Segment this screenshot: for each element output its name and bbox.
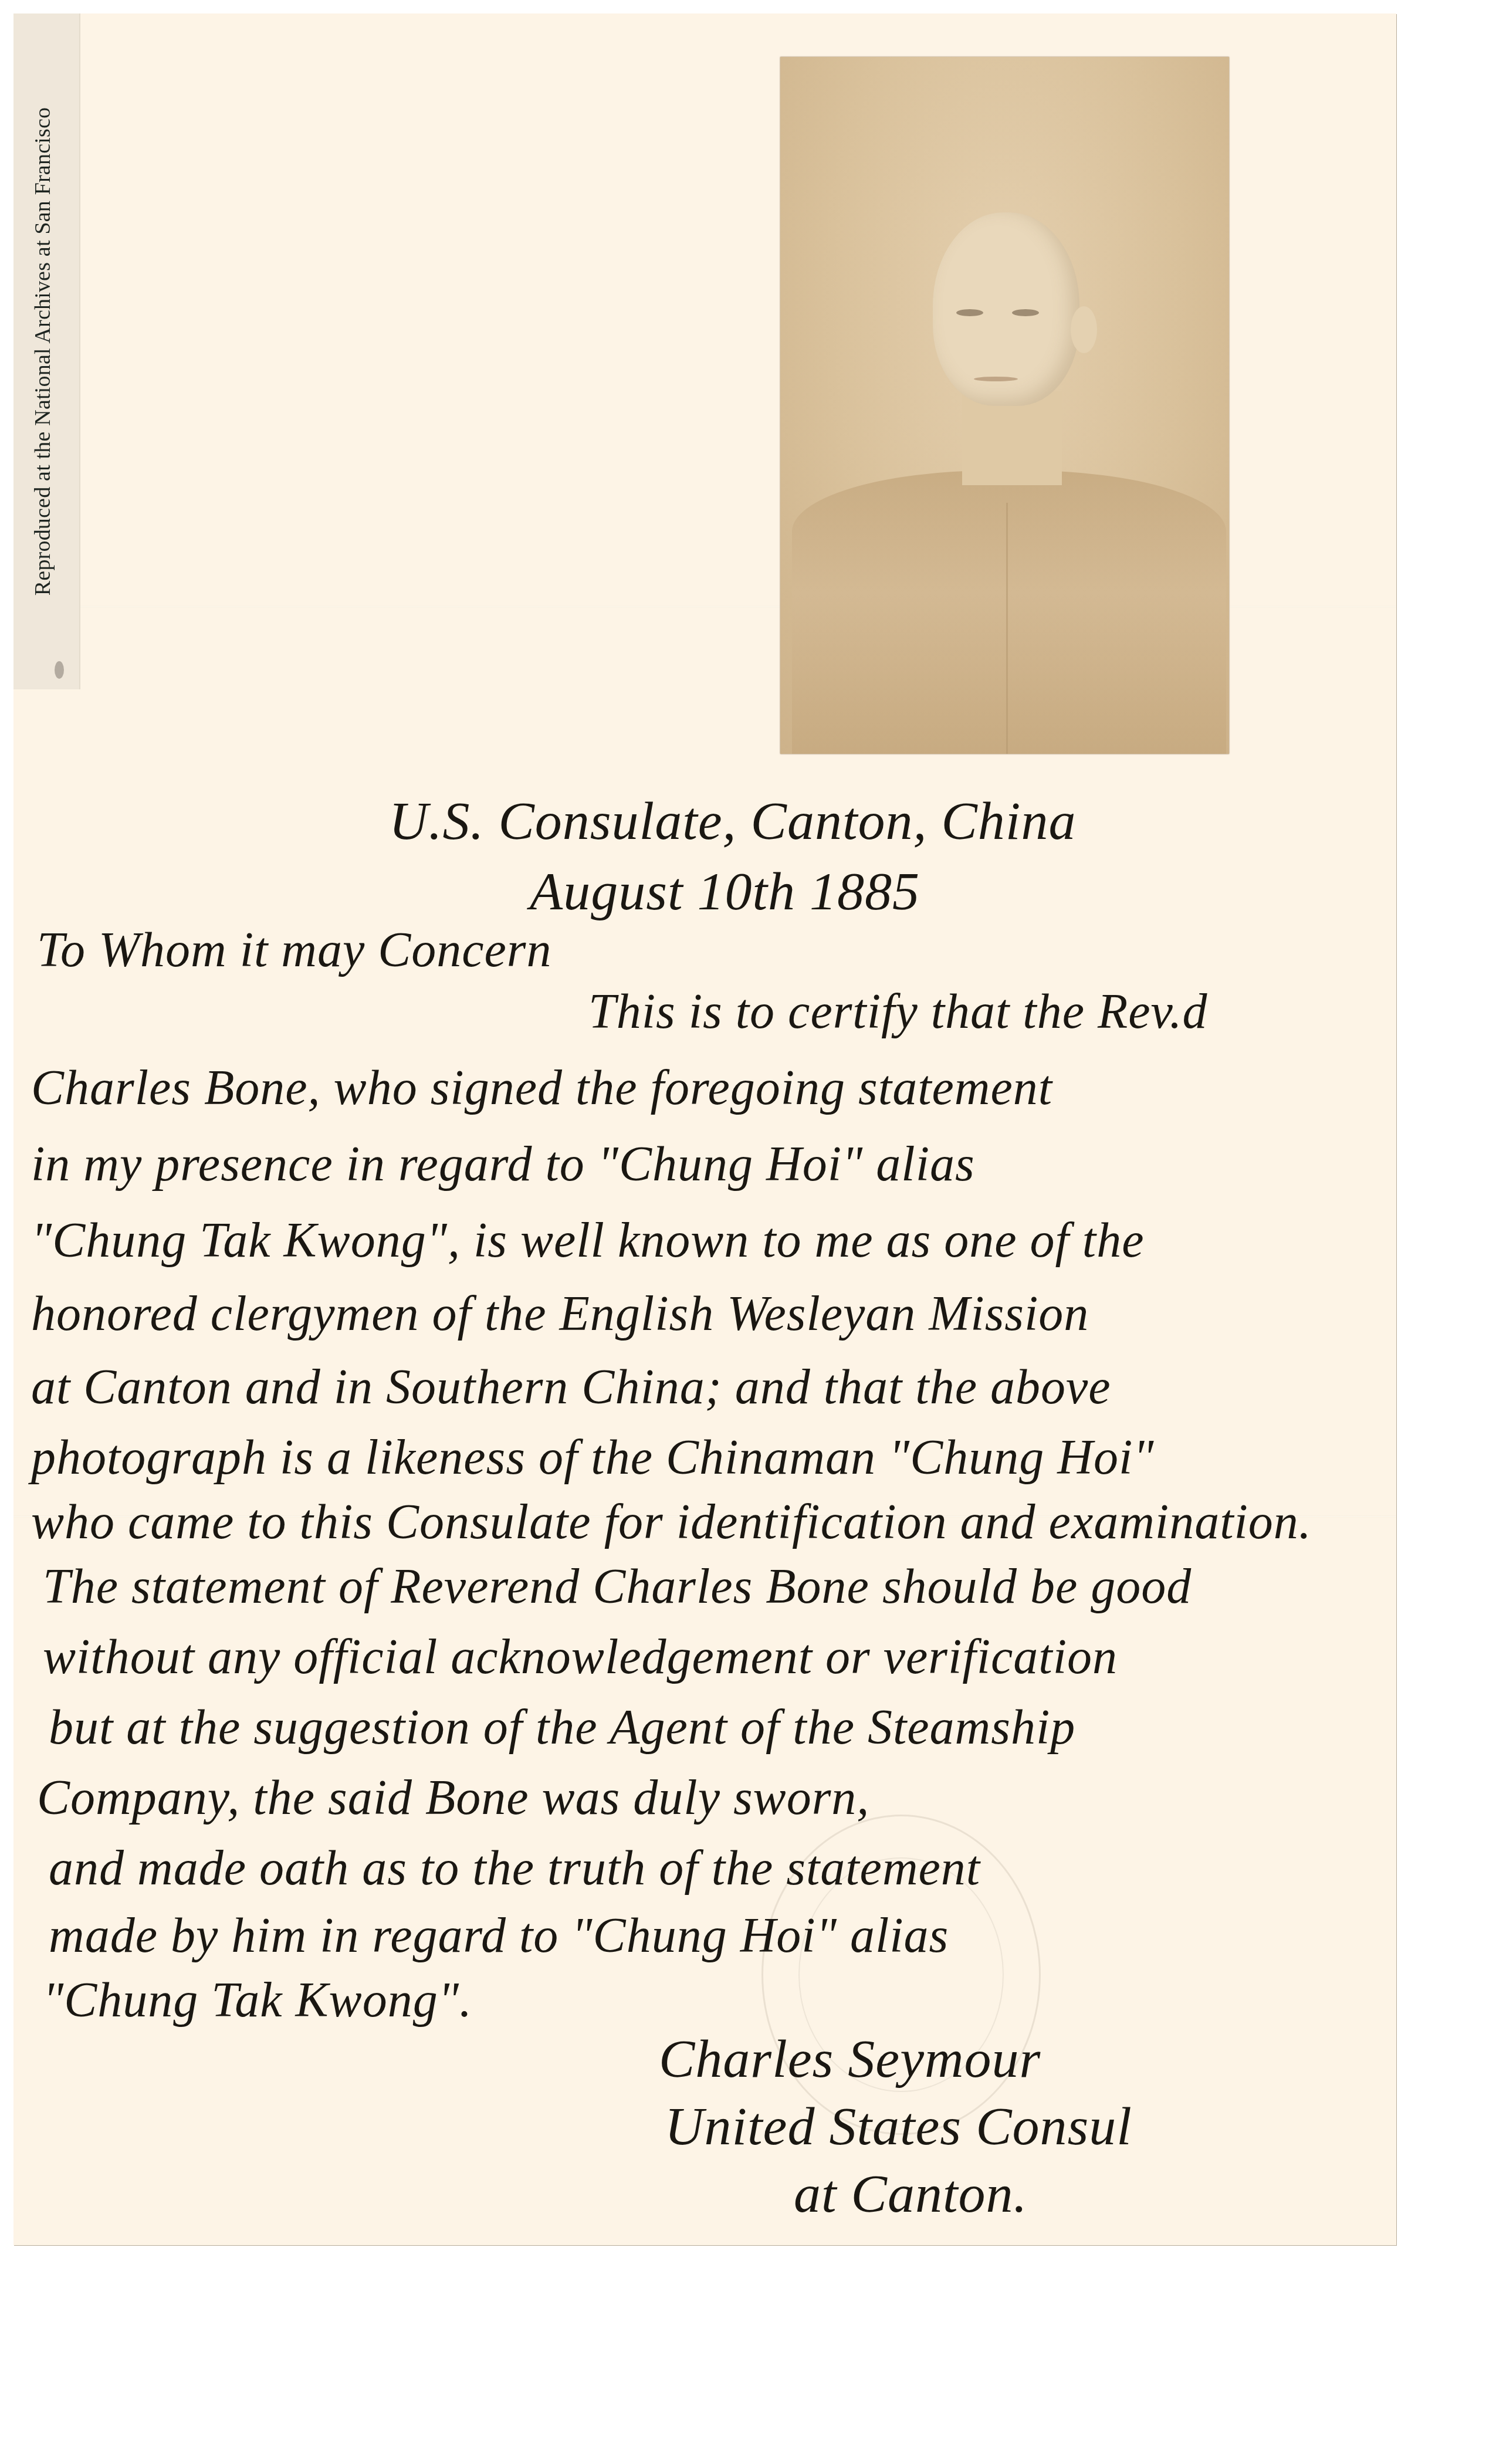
document-page: Reproduced at the National Archives at S… xyxy=(13,13,1396,2245)
portrait-photograph xyxy=(780,57,1229,754)
letter-body-line: at Canton and in Southern China; and tha… xyxy=(31,1363,1111,1412)
letter-body-line: in my presence in regard to "Chung Hoi" … xyxy=(31,1140,975,1189)
letter-body-line: and made oath as to the truth of the sta… xyxy=(49,1844,980,1893)
signature-title: United States Consul xyxy=(665,2099,1132,2153)
letter-salutation: To Whom it may Concern xyxy=(37,926,552,975)
photo-robe xyxy=(792,471,1226,754)
letter-body-line: honored clergymen of the English Wesleya… xyxy=(31,1289,1089,1339)
archive-stamp-text: Reproduced at the National Archives at S… xyxy=(30,107,56,595)
letter-body-line: Company, the said Bone was duly sworn, xyxy=(37,1773,869,1823)
letter-date: August 10th 1885 xyxy=(530,864,920,918)
letter-place-heading: U.S. Consulate, Canton, China xyxy=(389,794,1076,848)
letter-body-line: without any official acknowledgement or … xyxy=(43,1633,1118,1682)
letter-body-line: The statement of Reverend Charles Bone s… xyxy=(43,1562,1192,1612)
letter-body-line: who came to this Consulate for identific… xyxy=(31,1498,1312,1547)
letter-body-line: "Chung Tak Kwong". xyxy=(43,1976,472,2025)
letter-body-line: but at the suggestion of the Agent of th… xyxy=(49,1703,1075,1752)
tape-mark xyxy=(55,661,64,679)
letter-body-line: "Chung Tak Kwong", is well known to me a… xyxy=(31,1216,1144,1265)
letter-body-line: made by him in regard to "Chung Hoi" ali… xyxy=(49,1911,949,1961)
signature-location: at Canton. xyxy=(794,2167,1027,2221)
signature-name: Charles Seymour xyxy=(659,2032,1041,2086)
letter-body-line: photograph is a likeness of the Chinaman… xyxy=(31,1433,1155,1483)
letter-body-line: Charles Bone, who signed the foregoing s… xyxy=(31,1064,1052,1113)
archive-stamp-strip: Reproduced at the National Archives at S… xyxy=(13,13,80,689)
letter-body-line: This is to certify that the Rev.d xyxy=(588,987,1208,1037)
